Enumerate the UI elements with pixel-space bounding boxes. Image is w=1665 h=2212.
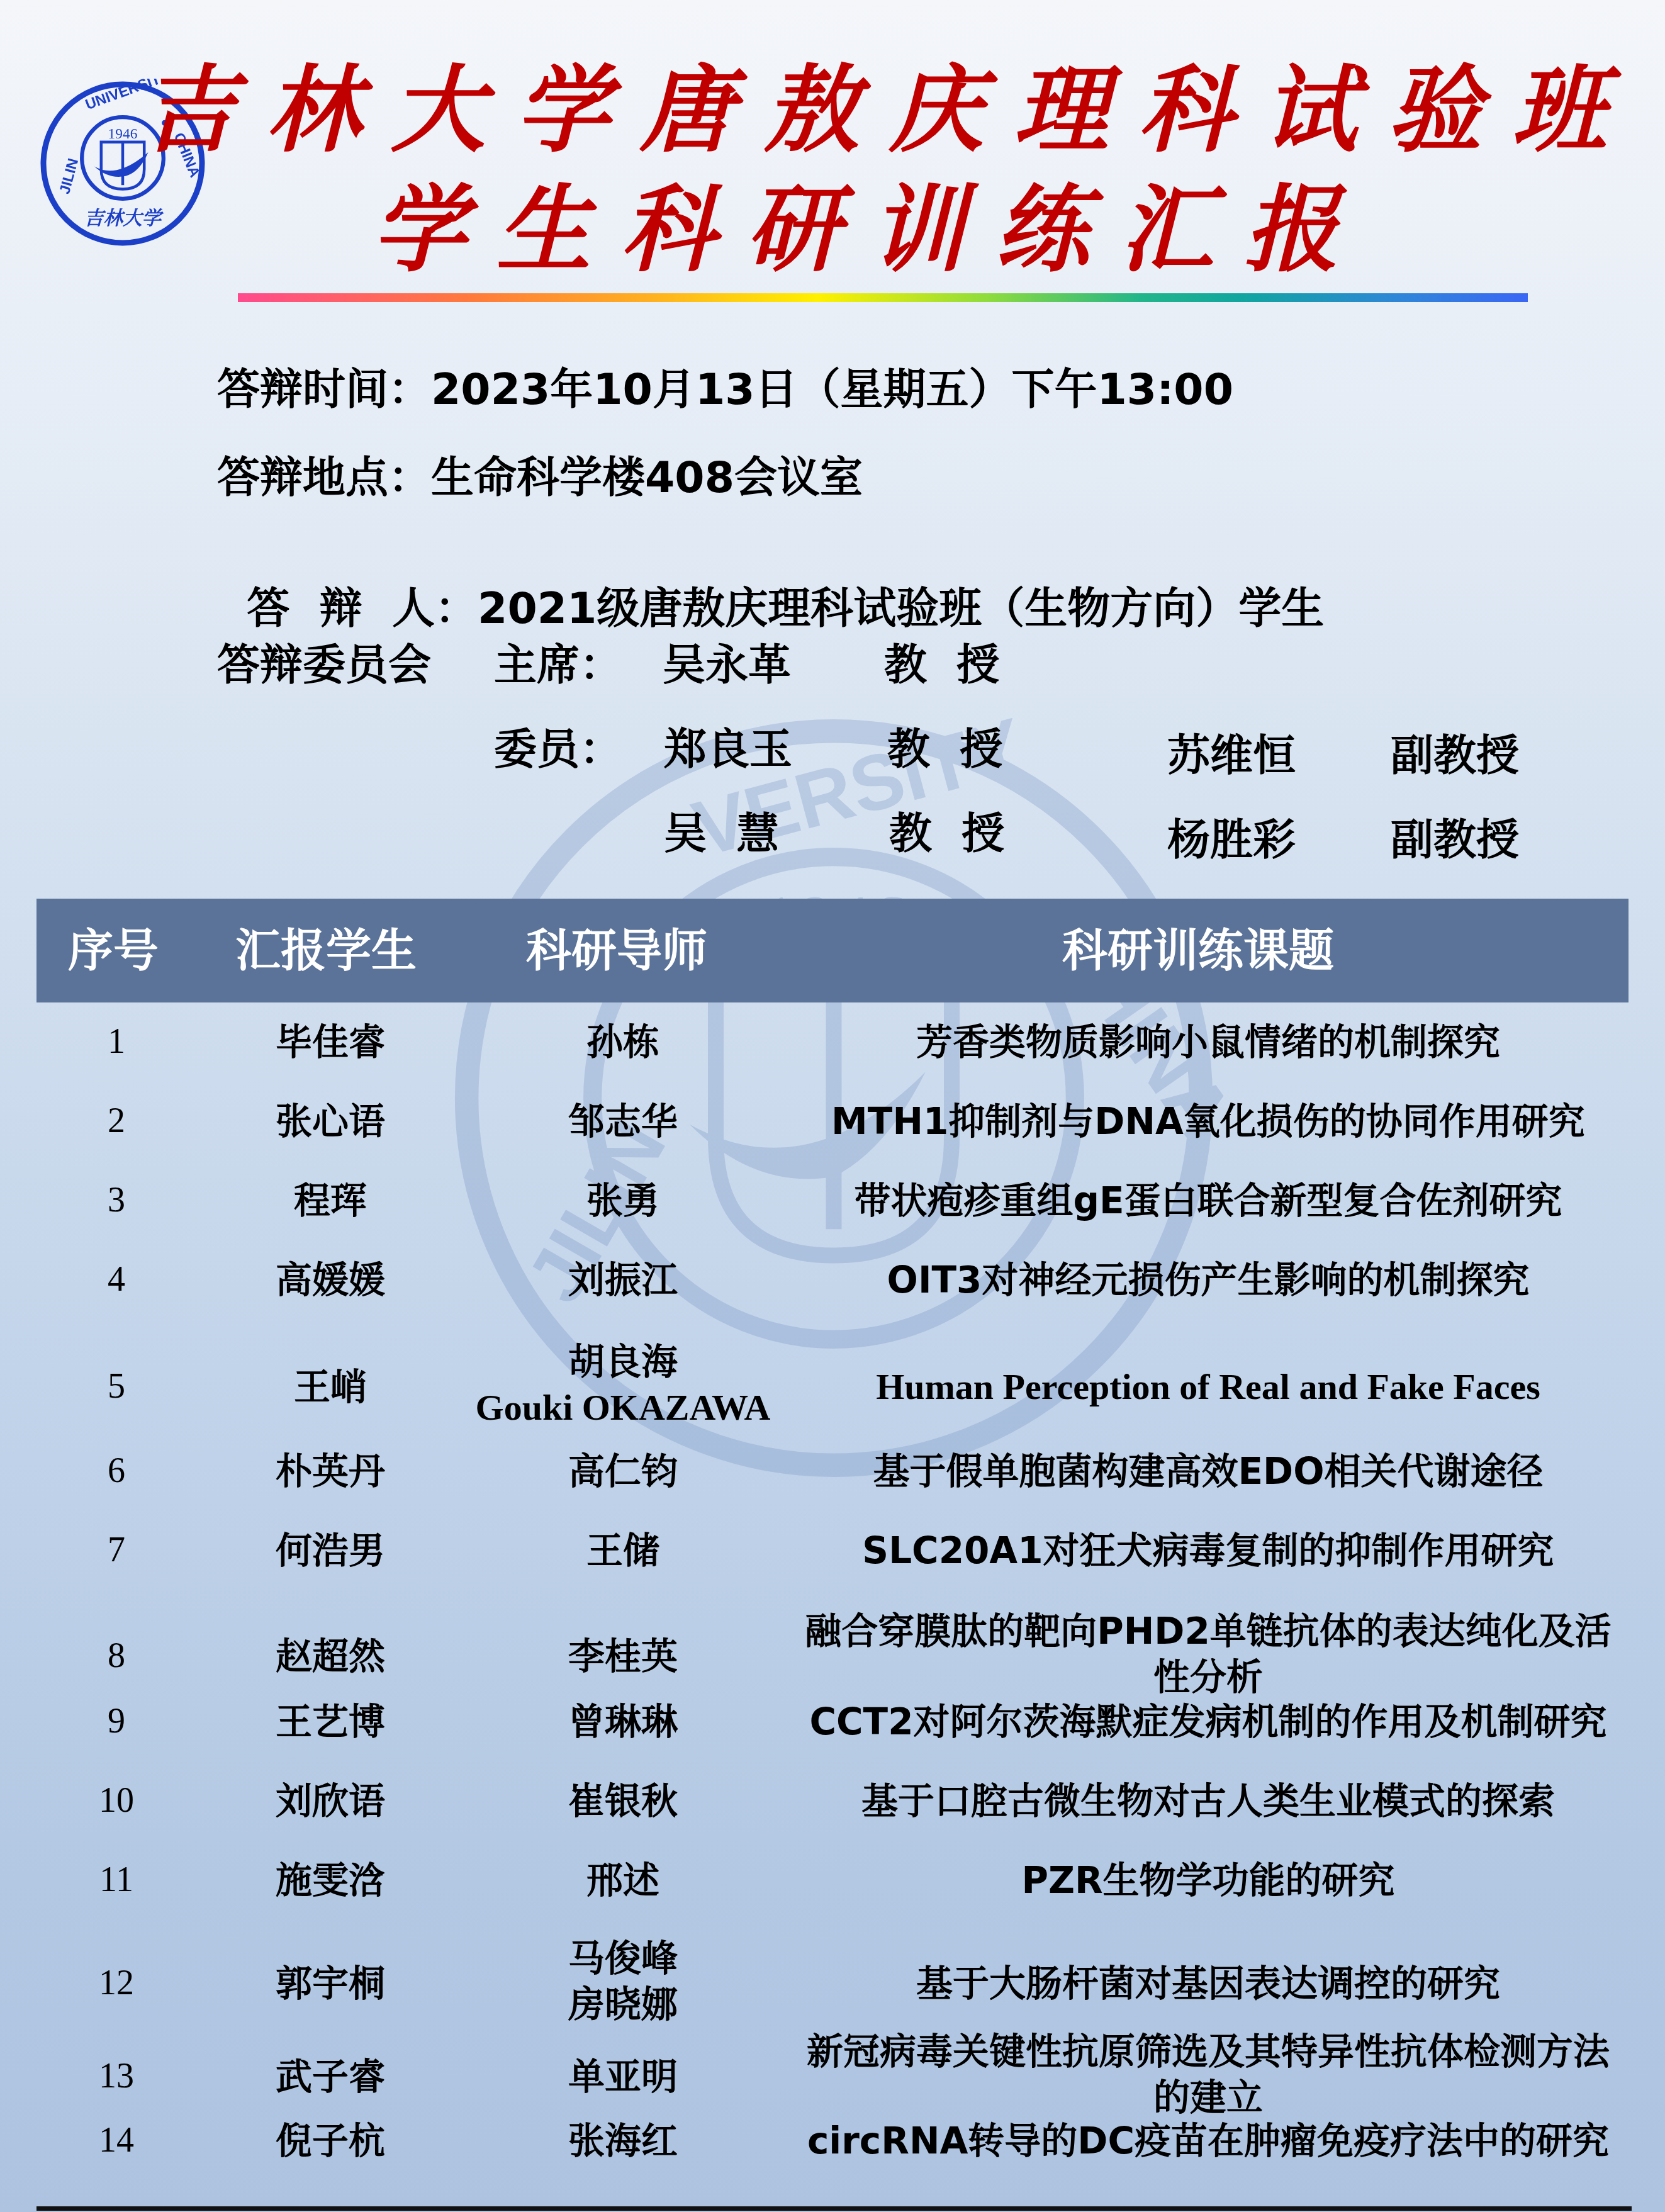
row-number: 4 xyxy=(60,1257,173,1301)
row-student: 刘欣语 xyxy=(236,1778,425,1824)
row-student: 毕佳睿 xyxy=(236,1019,425,1065)
row-number: 8 xyxy=(60,1634,173,1678)
defense-time-value: 2023年10月13日（星期五）下午13:00 xyxy=(431,365,1233,415)
row-advisor: 邢述 xyxy=(440,1858,805,1904)
advisor-name: 邹志华 xyxy=(440,1099,805,1145)
row-number: 2 xyxy=(60,1099,173,1143)
defense-person: 答 辩 人：2021级唐敖庆理科试验班（生物方向）学生 xyxy=(217,545,1324,631)
row-student: 武子睿 xyxy=(236,2054,425,2100)
advisor-name: 单亚明 xyxy=(440,2054,805,2100)
row-student: 何浩男 xyxy=(236,1528,425,1574)
chair-name: 吴永革 xyxy=(663,644,791,687)
row-topic: circRNA转导的DC疫苗在肿瘤免疫疗法中的研究 xyxy=(774,2118,1642,2164)
row-advisor: 胡良海Gouki OKAZAWA xyxy=(440,1339,805,1430)
row-topic: 带状疱疹重组gE蛋白联合新型复合佐剂研究 xyxy=(774,1178,1642,1224)
topic-text: 带状疱疹重组gE蛋白联合新型复合佐剂研究 xyxy=(774,1178,1642,1224)
row-topic: 基于假单胞菌构建高效EDO相关代谢途径 xyxy=(774,1449,1642,1495)
rainbow-divider xyxy=(238,293,1528,302)
row-number: 10 xyxy=(60,1778,173,1822)
topic-text: SLC20A1对狂犬病毒复制的抑制作用研究 xyxy=(774,1528,1642,1574)
row-number: 7 xyxy=(60,1528,173,1572)
row-topic: MTH1抑制剂与DNA氧化损伤的协同作用研究 xyxy=(774,1099,1642,1145)
defense-place: 答辩地点：生命科学楼408会议室 xyxy=(217,457,863,500)
advisor-name: 邢述 xyxy=(440,1858,805,1904)
row-number: 11 xyxy=(60,1858,173,1902)
advisor-name: 张海红 xyxy=(440,2118,805,2164)
row-topic: 融合穿膜肽的靶向PHD2单链抗体的表达纯化及活性分析 xyxy=(774,1608,1642,1700)
member-name: 吴 慧 xyxy=(664,813,779,856)
row-topic: Human Perception of Real and Fake Faces xyxy=(774,1364,1642,1410)
committee-label: 答辩委员会 xyxy=(217,644,431,687)
advisor-name-2: Gouki OKAZAWA xyxy=(440,1385,805,1431)
topic-text: 融合穿膜肽的靶向PHD2单链抗体的表达纯化及活 xyxy=(774,1608,1642,1654)
topic-text: OIT3对神经元损伤产生影响的机制探究 xyxy=(774,1257,1642,1303)
row-student: 施雯浛 xyxy=(236,1858,425,1904)
row-number: 9 xyxy=(60,1699,173,1743)
table-header: 序号 汇报学生 科研导师 科研训练课题 xyxy=(36,899,1629,1002)
row-advisor: 崔银秋 xyxy=(440,1778,805,1824)
topic-text-2: 的建立 xyxy=(774,2075,1642,2121)
row-topic: OIT3对神经元损伤产生影响的机制探究 xyxy=(774,1257,1642,1303)
member-name: 杨胜彩 xyxy=(1167,819,1296,862)
chair-label: 主席： xyxy=(494,644,622,687)
topic-text: circRNA转导的DC疫苗在肿瘤免疫疗法中的研究 xyxy=(774,2118,1642,2164)
topic-text: 基于大肠杆菌对基因表达调控的研究 xyxy=(774,1961,1642,2007)
member-name: 郑良玉 xyxy=(664,729,792,772)
row-student: 倪子杭 xyxy=(236,2118,425,2164)
member-title: 教 授 xyxy=(887,729,1002,772)
column-header-student: 汇报学生 xyxy=(235,928,417,973)
row-advisor: 单亚明 xyxy=(440,2054,805,2100)
row-student: 张心语 xyxy=(236,1099,425,1145)
topic-text: 基于口腔古微生物对古人类生业模式的探索 xyxy=(774,1778,1642,1824)
topic-text: 新冠病毒关键性抗原筛选及其特异性抗体检测方法 xyxy=(774,2029,1642,2075)
row-number: 14 xyxy=(60,2118,173,2162)
row-number: 13 xyxy=(60,2054,173,2098)
row-topic: SLC20A1对狂犬病毒复制的抑制作用研究 xyxy=(774,1528,1642,1574)
row-advisor: 马俊峰房晓娜 xyxy=(440,1936,805,2027)
row-student: 朴英丹 xyxy=(236,1449,425,1495)
row-advisor: 李桂英 xyxy=(440,1634,805,1680)
defense-time: 答辩时间：2023年10月13日（星期五）下午13:00 xyxy=(217,369,1233,412)
column-header-number: 序号 xyxy=(68,928,159,973)
defense-person-value: 2021级唐敖庆理科试验班（生物方向）学生 xyxy=(478,584,1324,634)
row-advisor: 张海红 xyxy=(440,2118,805,2164)
row-topic: 新冠病毒关键性抗原筛选及其特异性抗体检测方法的建立 xyxy=(774,2029,1642,2120)
advisor-name: 马俊峰 xyxy=(440,1936,805,1982)
advisor-name: 王储 xyxy=(440,1528,805,1574)
advisor-name: 高仁钧 xyxy=(440,1449,805,1495)
topic-text: 基于假单胞菌构建高效EDO相关代谢途径 xyxy=(774,1449,1642,1495)
row-number: 1 xyxy=(60,1019,173,1064)
row-topic: 基于口腔古微生物对古人类生业模式的探索 xyxy=(774,1778,1642,1824)
defense-person-label: 答 辩 人： xyxy=(247,588,478,631)
column-header-advisor: 科研导师 xyxy=(526,928,707,973)
row-student: 程珲 xyxy=(236,1178,425,1224)
row-advisor: 刘振江 xyxy=(440,1257,805,1303)
topic-text-2: 性分析 xyxy=(774,1654,1642,1700)
advisor-name: 胡良海 xyxy=(440,1339,805,1385)
chair-title: 教 授 xyxy=(884,644,999,687)
row-advisor: 邹志华 xyxy=(440,1099,805,1145)
topic-text: PZR生物学功能的研究 xyxy=(774,1858,1642,1904)
row-advisor: 高仁钧 xyxy=(440,1449,805,1495)
table-bottom-rule xyxy=(36,2206,1632,2211)
member-label: 委员： xyxy=(494,729,622,772)
advisor-name: 孙栋 xyxy=(440,1019,805,1065)
row-student: 王艺博 xyxy=(236,1699,425,1745)
row-student: 赵超然 xyxy=(236,1634,425,1680)
row-advisor: 张勇 xyxy=(440,1178,805,1224)
column-header-topic: 科研训练课题 xyxy=(1062,928,1334,973)
member-title: 教 授 xyxy=(889,813,1004,856)
advisor-name: 崔银秋 xyxy=(440,1778,805,1824)
advisor-name: 张勇 xyxy=(440,1178,805,1224)
member-name: 苏维恒 xyxy=(1167,735,1296,778)
topic-text: MTH1抑制剂与DNA氧化损伤的协同作用研究 xyxy=(774,1099,1642,1145)
row-advisor: 孙栋 xyxy=(440,1019,805,1065)
row-topic: 芳香类物质影响小鼠情绪的机制探究 xyxy=(774,1019,1642,1065)
advisor-name-2: 房晓娜 xyxy=(440,1982,805,2028)
topic-text: 芳香类物质影响小鼠情绪的机制探究 xyxy=(774,1019,1642,1065)
page-title-line2: 学生科研训练汇报 xyxy=(0,182,1665,277)
defense-place-label: 答辩地点： xyxy=(217,457,431,500)
row-number: 3 xyxy=(60,1178,173,1222)
row-number: 6 xyxy=(60,1449,173,1493)
defense-time-label: 答辩时间： xyxy=(217,369,431,412)
row-student: 郭宇桐 xyxy=(236,1961,425,2007)
topic-text: CCT2对阿尔茨海默症发病机制的作用及机制研究 xyxy=(774,1699,1642,1745)
row-student: 王峭 xyxy=(236,1364,425,1410)
defense-place-value: 生命科学楼408会议室 xyxy=(431,453,863,503)
row-topic: 基于大肠杆菌对基因表达调控的研究 xyxy=(774,1961,1642,2007)
advisor-name: 李桂英 xyxy=(440,1634,805,1680)
member-title: 副教授 xyxy=(1391,735,1519,778)
page-title-line1: 吉林大学唐敖庆理科试验班 xyxy=(0,63,1665,157)
member-title: 副教授 xyxy=(1391,819,1519,862)
topic-text: Human Perception of Real and Fake Faces xyxy=(774,1364,1642,1410)
row-topic: CCT2对阿尔茨海默症发病机制的作用及机制研究 xyxy=(774,1699,1642,1745)
row-advisor: 曾琳琳 xyxy=(440,1699,805,1745)
advisor-name: 曾琳琳 xyxy=(440,1699,805,1745)
row-advisor: 王储 xyxy=(440,1528,805,1574)
row-topic: PZR生物学功能的研究 xyxy=(774,1858,1642,1904)
row-number: 12 xyxy=(60,1961,173,2005)
row-student: 高媛媛 xyxy=(236,1257,425,1303)
row-number: 5 xyxy=(60,1364,173,1408)
advisor-name: 刘振江 xyxy=(440,1257,805,1303)
